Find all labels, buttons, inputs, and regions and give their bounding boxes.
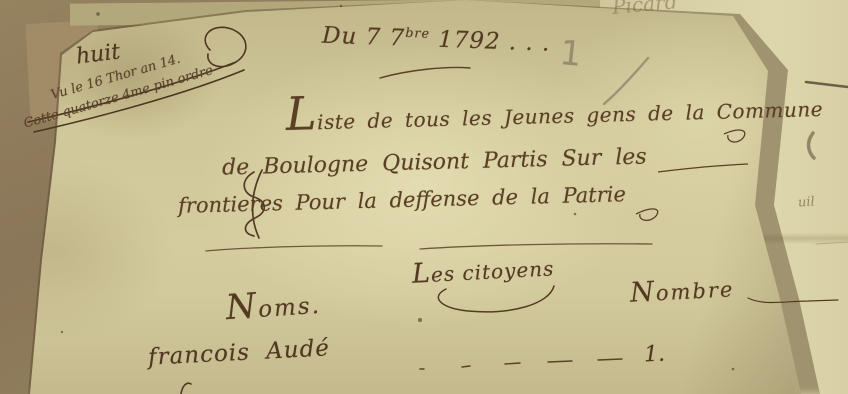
list-entry-number: 1. — [644, 342, 666, 368]
date-year: 1792 . . . — [429, 26, 551, 56]
pencil-page-number: 1 — [558, 33, 584, 75]
corner-word-huit: huit — [75, 39, 122, 69]
date-day: Du 7 7 — [322, 23, 406, 52]
photograph-of-manuscript: Picard huit Vu le 16 Thor an 14. Cotte q… — [0, 0, 848, 394]
date-month-superscript: bre — [405, 25, 430, 41]
faint-script-under-sheet: uil — [797, 194, 815, 210]
